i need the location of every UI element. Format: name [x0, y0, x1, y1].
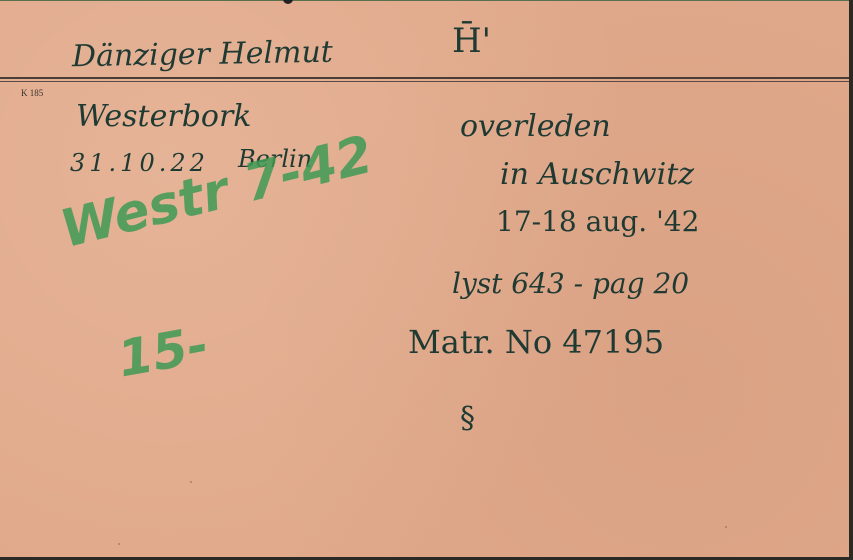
paper-speck — [725, 526, 727, 528]
header-rule-bottom — [0, 81, 849, 82]
death-date: 17-18 aug. '42 — [496, 205, 699, 238]
header-mark: H̄' — [452, 21, 491, 61]
green-annotation-line1: Westr 7-42 — [55, 125, 379, 260]
green-annotation-line2: 15- — [114, 316, 213, 389]
paper-speck — [118, 543, 120, 545]
binder-hole-mark — [283, 0, 293, 4]
paper-speck — [640, 291, 642, 293]
card-series-label: K 185 — [21, 88, 43, 98]
header-rule-top — [0, 77, 849, 79]
list-page-reference: lyst 643 - pag 20 — [452, 267, 689, 300]
death-place: in Auschwitz — [500, 157, 694, 192]
camp-name: Westerbork — [76, 99, 251, 134]
matriculation-number: Matr. No 47195 — [408, 323, 664, 361]
paper-speck — [190, 481, 192, 483]
surname-firstname: Dänziger Helmut — [72, 35, 333, 75]
status-deceased: overleden — [460, 109, 611, 144]
archive-card: Dänziger Helmut H̄' K 185 Westerbork 31.… — [0, 0, 849, 557]
footnote-mark: § — [460, 401, 475, 436]
